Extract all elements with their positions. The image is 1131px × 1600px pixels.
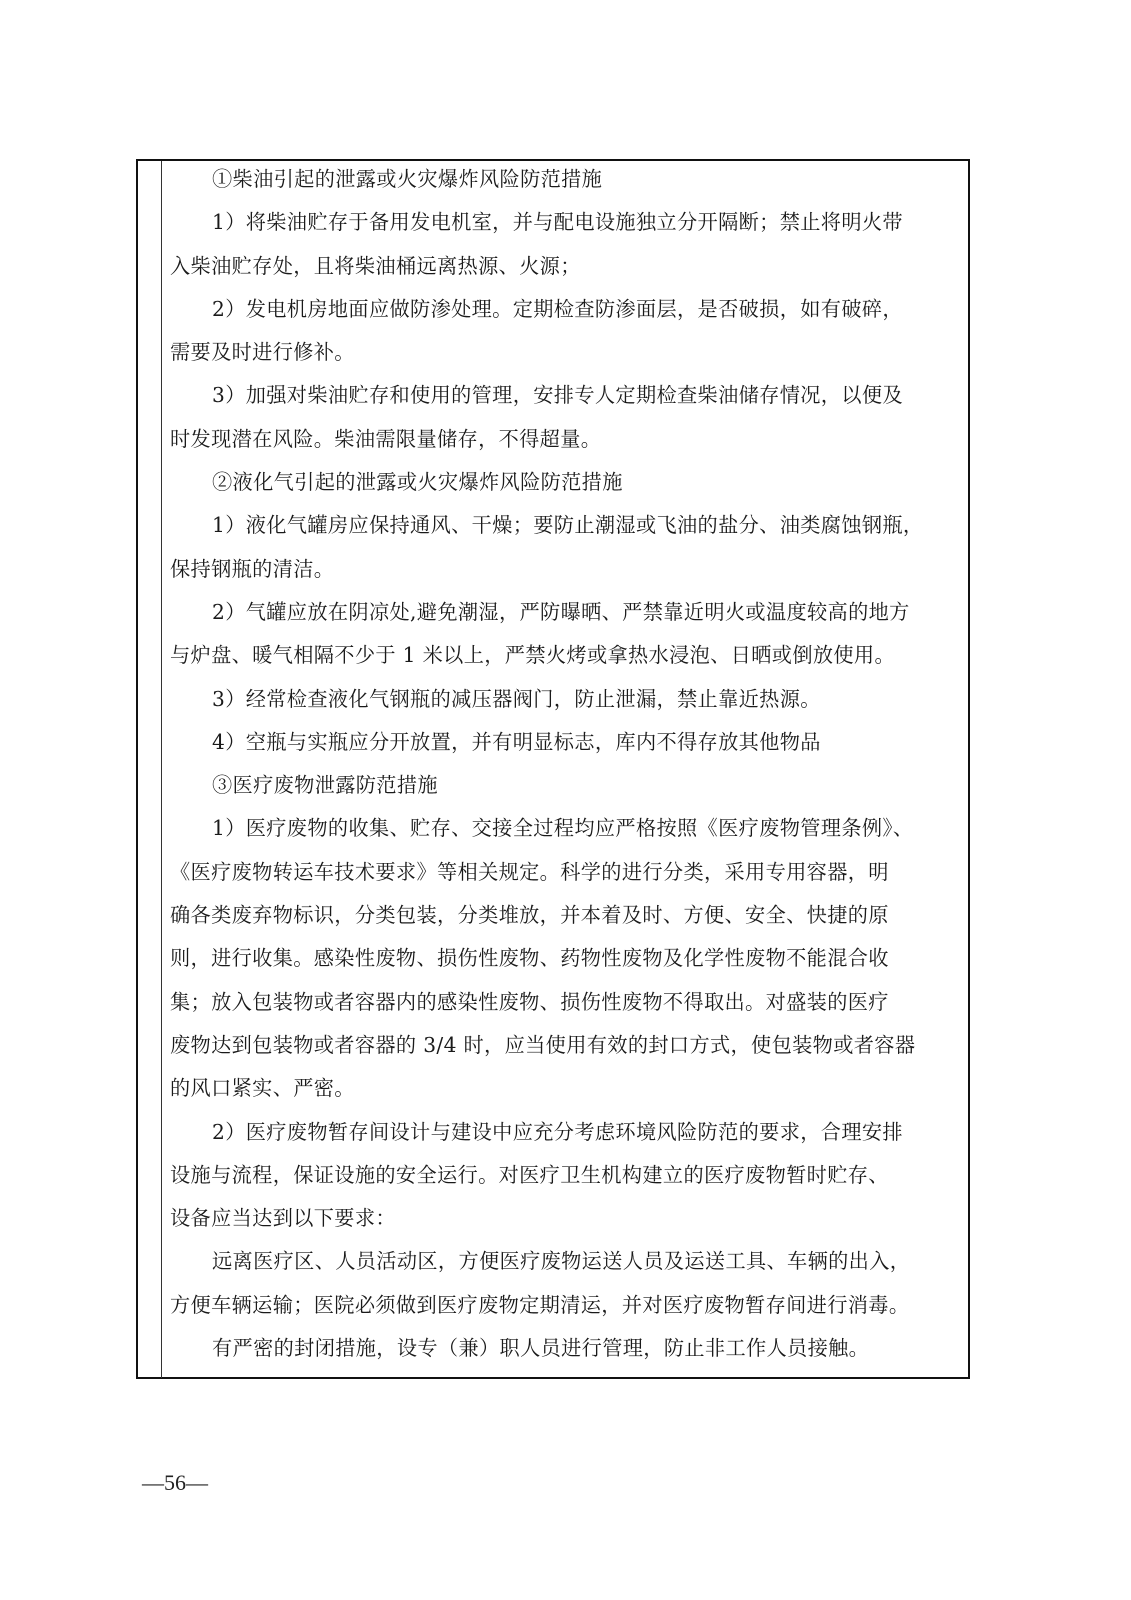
paragraph-line: 1）医疗废物的收集、贮存、交接全过程均应严格按照《医疗废物管理条例》、 bbox=[170, 807, 965, 850]
paragraph-line: 2）气罐应放在阴凉处,避免潮湿，严防曝晒、严禁靠近明火或温度较高的地方 bbox=[170, 591, 965, 634]
paragraph-line: 时发现潜在风险。柴油需限量储存，不得超量。 bbox=[170, 418, 965, 461]
paragraph-line: 保持钢瓶的清洁。 bbox=[170, 548, 965, 591]
paragraph-line: 1）液化气罐房应保持通风、干燥；要防止潮湿或飞油的盐分、油类腐蚀钢瓶， bbox=[170, 504, 965, 547]
paragraph-line: 确各类废弃物标识，分类包装，分类堆放，并本着及时、方便、安全、快捷的原 bbox=[170, 894, 965, 937]
paragraph-line: 1）将柴油贮存于备用发电机室，并与配电设施独立分开隔断；禁止将明火带 bbox=[170, 201, 965, 244]
paragraph-line: 有严密的封闭措施，设专（兼）职人员进行管理，防止非工作人员接触。 bbox=[170, 1327, 965, 1370]
section-heading-medical-waste: ③医疗废物泄露防范措施 bbox=[170, 764, 965, 807]
paragraph-line: 3）加强对柴油贮存和使用的管理，安排专人定期检查柴油储存情况，以便及 bbox=[170, 374, 965, 417]
paragraph-line: 设施与流程，保证设施的安全运行。对医疗卫生机构建立的医疗废物暂时贮存、 bbox=[170, 1154, 965, 1197]
paragraph-line: 4）空瓶与实瓶应分开放置，并有明显标志，库内不得存放其他物品 bbox=[170, 721, 965, 764]
paragraph-line: 需要及时进行修补。 bbox=[170, 331, 965, 374]
paragraph-line: 的风口紧实、严密。 bbox=[170, 1067, 965, 1110]
section-heading-lpg: ②液化气引起的泄露或火灾爆炸风险防范措施 bbox=[170, 461, 965, 504]
paragraph-line: 与炉盘、暖气相隔不少于 1 米以上，严禁火烤或拿热水浸泡、日晒或倒放使用。 bbox=[170, 634, 965, 677]
paragraph-line: 2）发电机房地面应做防渗处理。定期检查防渗面层，是否破损，如有破碎， bbox=[170, 288, 965, 331]
table-content-cell: ①柴油引起的泄露或火灾爆炸风险防范措施 1）将柴油贮存于备用发电机室，并与配电设… bbox=[170, 158, 965, 1370]
page-number: —56— bbox=[142, 1470, 208, 1496]
paragraph-line: 集；放入包装物或者容器内的感染性废物、损伤性废物不得取出。对盛装的医疗 bbox=[170, 981, 965, 1024]
paragraph-line: 设备应当达到以下要求： bbox=[170, 1197, 965, 1240]
paragraph-line: 废物达到包装物或者容器的 3/4 时，应当使用有效的封口方式，使包装物或者容器 bbox=[170, 1024, 965, 1067]
paragraph-line: 方便车辆运输；医院必须做到医疗废物定期清运，并对医疗废物暂存间进行消毒。 bbox=[170, 1284, 965, 1327]
table-column-divider bbox=[161, 161, 162, 1378]
paragraph-line: 《医疗废物转运车技术要求》等相关规定。科学的进行分类，采用专用容器，明 bbox=[170, 851, 965, 894]
paragraph-line: 3）经常检查液化气钢瓶的减压器阀门，防止泄漏，禁止靠近热源。 bbox=[170, 678, 965, 721]
section-heading-diesel: ①柴油引起的泄露或火灾爆炸风险防范措施 bbox=[170, 158, 965, 201]
paragraph-line: 远离医疗区、人员活动区，方便医疗废物运送人员及运送工具、车辆的出入， bbox=[170, 1240, 965, 1283]
paragraph-line: 2）医疗废物暂存间设计与建设中应充分考虑环境风险防范的要求，合理安排 bbox=[170, 1111, 965, 1154]
paragraph-line: 入柴油贮存处，且将柴油桶远离热源、火源； bbox=[170, 245, 965, 288]
paragraph-line: 则，进行收集。感染性废物、损伤性废物、药物性废物及化学性废物不能混合收 bbox=[170, 937, 965, 980]
